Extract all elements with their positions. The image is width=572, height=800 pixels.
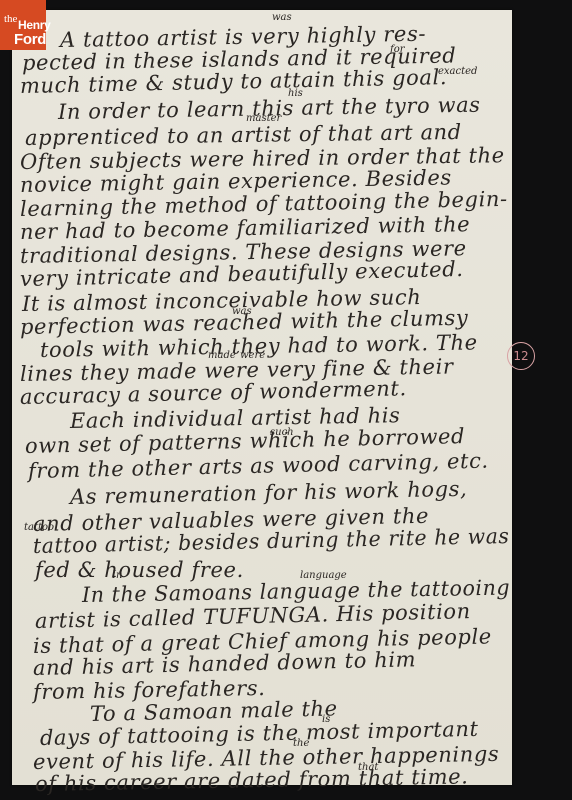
interlinear-insertion: his (288, 88, 303, 99)
interlinear-insertion: is (322, 714, 330, 725)
interlinear-insertion: language (300, 570, 347, 581)
interlinear-insertion: the (293, 738, 309, 749)
logo-ford: Ford (14, 32, 46, 47)
interlinear-insertion: exacted (438, 66, 477, 77)
logo-henry: Henry (18, 19, 51, 31)
interlinear-insertion: made (208, 350, 236, 361)
handwritten-text: A tattoo artist is very highly res-pecte… (0, 0, 572, 800)
interlinear-insertion: for (390, 44, 405, 55)
interlinear-insertion: was (232, 306, 252, 317)
interlinear-insertion: was (272, 12, 292, 23)
interlinear-insertion: such (270, 427, 294, 438)
henry-ford-logo: the Henry Ford (0, 0, 46, 50)
logo-the: the (4, 14, 17, 25)
page-number-stamp: 12 (507, 342, 535, 370)
interlinear-insertion: tattoo (24, 522, 54, 533)
interlinear-insertion: were (240, 350, 265, 361)
interlinear-insertion: that (358, 762, 378, 773)
interlinear-insertion: In (112, 570, 122, 581)
manuscript-line: fed & housed free. (35, 558, 244, 582)
interlinear-insertion: master (246, 113, 281, 124)
